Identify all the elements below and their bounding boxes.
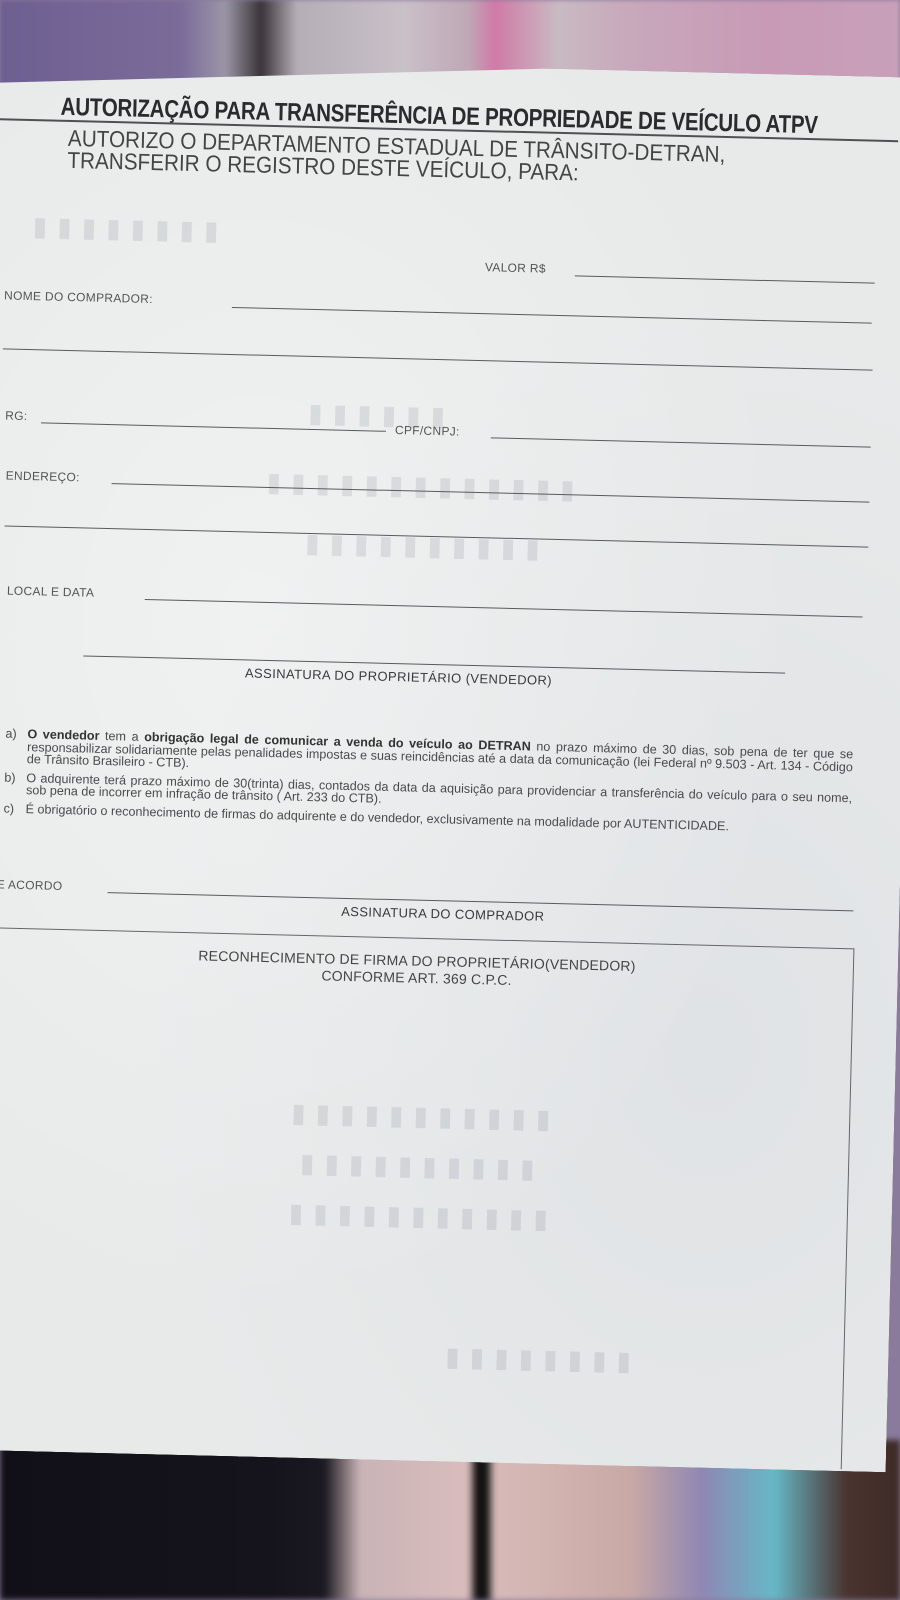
nome-comprador-field-line-2[interactable]	[3, 348, 873, 370]
notary-recognition-box: RECONHECIMENTO DE FIRMA DO PROPRIETÁRIO(…	[0, 927, 854, 1469]
valor-label: VALOR R$	[485, 260, 546, 275]
local-data-label: LOCAL E DATA	[7, 584, 95, 600]
authorization-text: AUTORIZO O DEPARTAMENTO ESTADUAL DE TRÂN…	[67, 127, 725, 187]
show-through-ghost: ▮▮▮▮▮▮▮▮▮▮▮▮▮	[259, 462, 578, 510]
buyer-signature-label: ASSINATURA DO COMPRADOR	[341, 904, 545, 924]
notary-box-title: RECONHECIMENTO DE FIRMA DO PROPRIETÁRIO(…	[0, 942, 853, 997]
note-c-key: c)	[3, 802, 14, 815]
atpv-form-paper: ▮▮▮▮▮▮▮▮ ▮▮▮▮▮▮ ▮▮▮▮▮▮▮▮▮▮▮▮▮ ▮▮▮▮▮▮▮▮▮▮…	[0, 55, 900, 1472]
note-a-key: a)	[5, 728, 17, 741]
show-through-ghost: ▮▮▮▮▮▮▮▮	[25, 206, 222, 251]
local-data-field[interactable]	[145, 599, 863, 618]
de-acordo-label: DE ACORDO	[0, 877, 63, 893]
valor-field[interactable]	[575, 275, 875, 283]
legal-notes: a) O vendedor tem a obrigação legal de c…	[3, 728, 853, 842]
cpf-cnpj-label: CPF/CNPJ:	[395, 423, 460, 439]
nome-comprador-label: NOME DO COMPRADOR:	[4, 288, 153, 306]
nome-comprador-field[interactable]	[232, 307, 872, 324]
show-through-ghost: ▮▮▮▮▮▮▮▮▮▮	[298, 523, 544, 569]
endereco-label: ENDEREÇO:	[6, 469, 80, 485]
cpf-cnpj-field[interactable]	[491, 437, 871, 447]
seller-signature-label: ASSINATURA DO PROPRIETÁRIO (VENDEDOR)	[245, 665, 552, 687]
note-b-key: b)	[4, 771, 16, 784]
rg-label: RG:	[5, 408, 28, 423]
